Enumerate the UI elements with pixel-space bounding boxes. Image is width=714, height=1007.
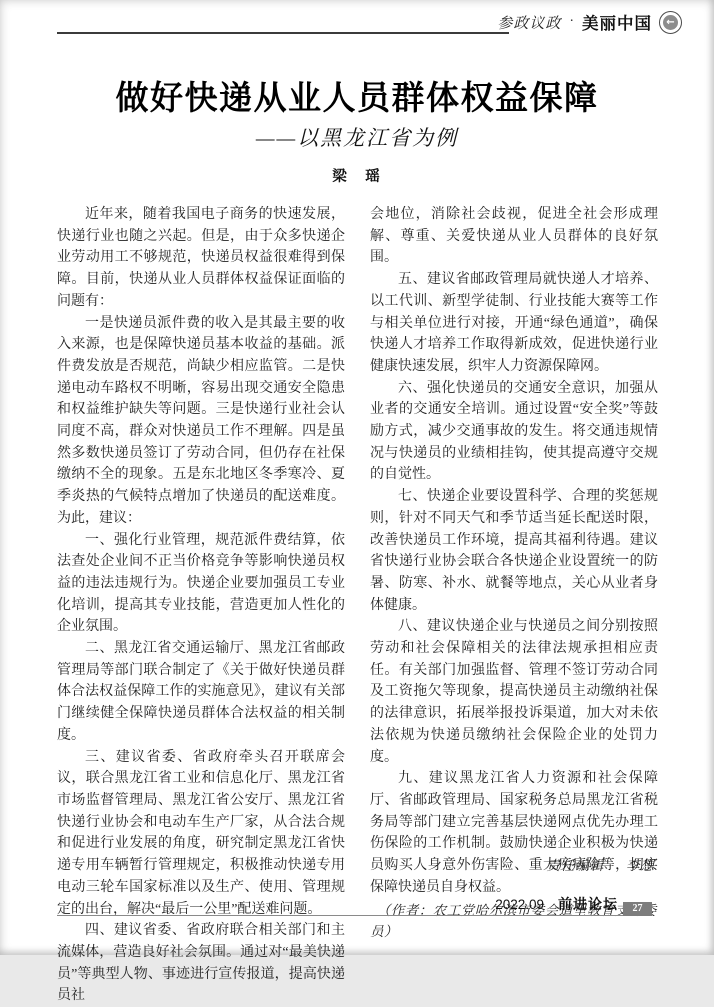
back-arrow-circle-icon: ← (659, 11, 682, 34)
header-section-name: 美丽中国 (582, 10, 652, 34)
footer-rule (57, 915, 623, 916)
editor-credit: 责任编辑李想 (370, 854, 655, 874)
editor-name: 李想 (626, 858, 655, 873)
right-column: 会地位，消除社会歧视，促进全社会形成理解、尊重、关爱快递从业人员群体的良好氛围。… (370, 204, 658, 943)
paragraph: 二、黑龙江省交通运输厅、黑龙江省邮政管理局等部门联合制定了《关于做好快递员群体合… (57, 638, 345, 747)
footer-issue: 2022.09 (495, 897, 544, 912)
paragraph: 六、强化快递员的交通安全意识，加强从业者的交通安全培训。通过设置“安全奖”等鼓励… (370, 378, 658, 487)
paragraph: 七、快递企业要设置科学、合理的奖惩规则，针对不同天气和季节适当延长配送时限，改善… (370, 486, 658, 616)
article-subtitle: ——以黑龙江省为例 (0, 122, 714, 152)
left-column: 近年来，随着我国电子商务的快速发展，快递行业也随之兴起。但是，由于众多快递企业劳… (57, 204, 345, 1007)
header-rule (57, 32, 509, 34)
footer: 2022.09 前进论坛 (370, 894, 618, 914)
editor-label: 责任编辑 (546, 858, 604, 873)
paragraph: 四、建议省委、省政府联合相关部门和主流媒体，营造良好社会氛围。通过对“最美快递员… (57, 920, 345, 1007)
paragraph: 九、建议黑龙江省人力资源和社会保障厅、省邮政管理局、国家税务总局黑龙江省税务局等… (370, 768, 658, 898)
footer-journal-name: 前进论坛 (558, 894, 618, 914)
paragraph: 三、建议省委、省政府牵头召开联席会议，联合黑龙江省工业和信息化厅、黑龙江省市场监… (57, 747, 345, 921)
page-number-badge: 27 (623, 902, 652, 916)
header-category: 参政议政 (497, 12, 561, 33)
paragraph: 五、建议省邮政管理局就快递人才培养、以工代训、新型学徒制、行业技能大赛等工作与相… (370, 269, 658, 378)
paragraph: 近年来，随着我国电子商务的快速发展，快递行业也随之兴起。但是，由于众多快递企业劳… (57, 204, 345, 313)
paragraph: 八、建议快递企业与快递员之间分别按照劳动和社会保障相关的法律法规承担相应责任。有… (370, 616, 658, 768)
article-title: 做好快递从业人员群体权益保障 (0, 72, 714, 119)
article-author: 梁 瑶 (0, 165, 714, 186)
paragraph: 一、强化行业管理，规范派件费结算，依法查处企业间不正当价格竞争等影响快递员权益的… (57, 530, 345, 639)
header-section-label: 参政议政 · 美丽中国 ← (497, 9, 682, 35)
paragraph: 会地位，消除社会歧视，促进全社会形成理解、尊重、关爱快递从业人员群体的良好氛围。 (370, 204, 658, 269)
header-separator-dot: · (569, 14, 574, 30)
paragraph: 一是快递员派件费的收入是其最主要的收入来源，也是保障快递员基本收益的基础。派件费… (57, 313, 345, 530)
magazine-page: 参政议政 · 美丽中国 ← 做好快递从业人员群体权益保障 ——以黑龙江省为例 梁… (0, 0, 714, 955)
